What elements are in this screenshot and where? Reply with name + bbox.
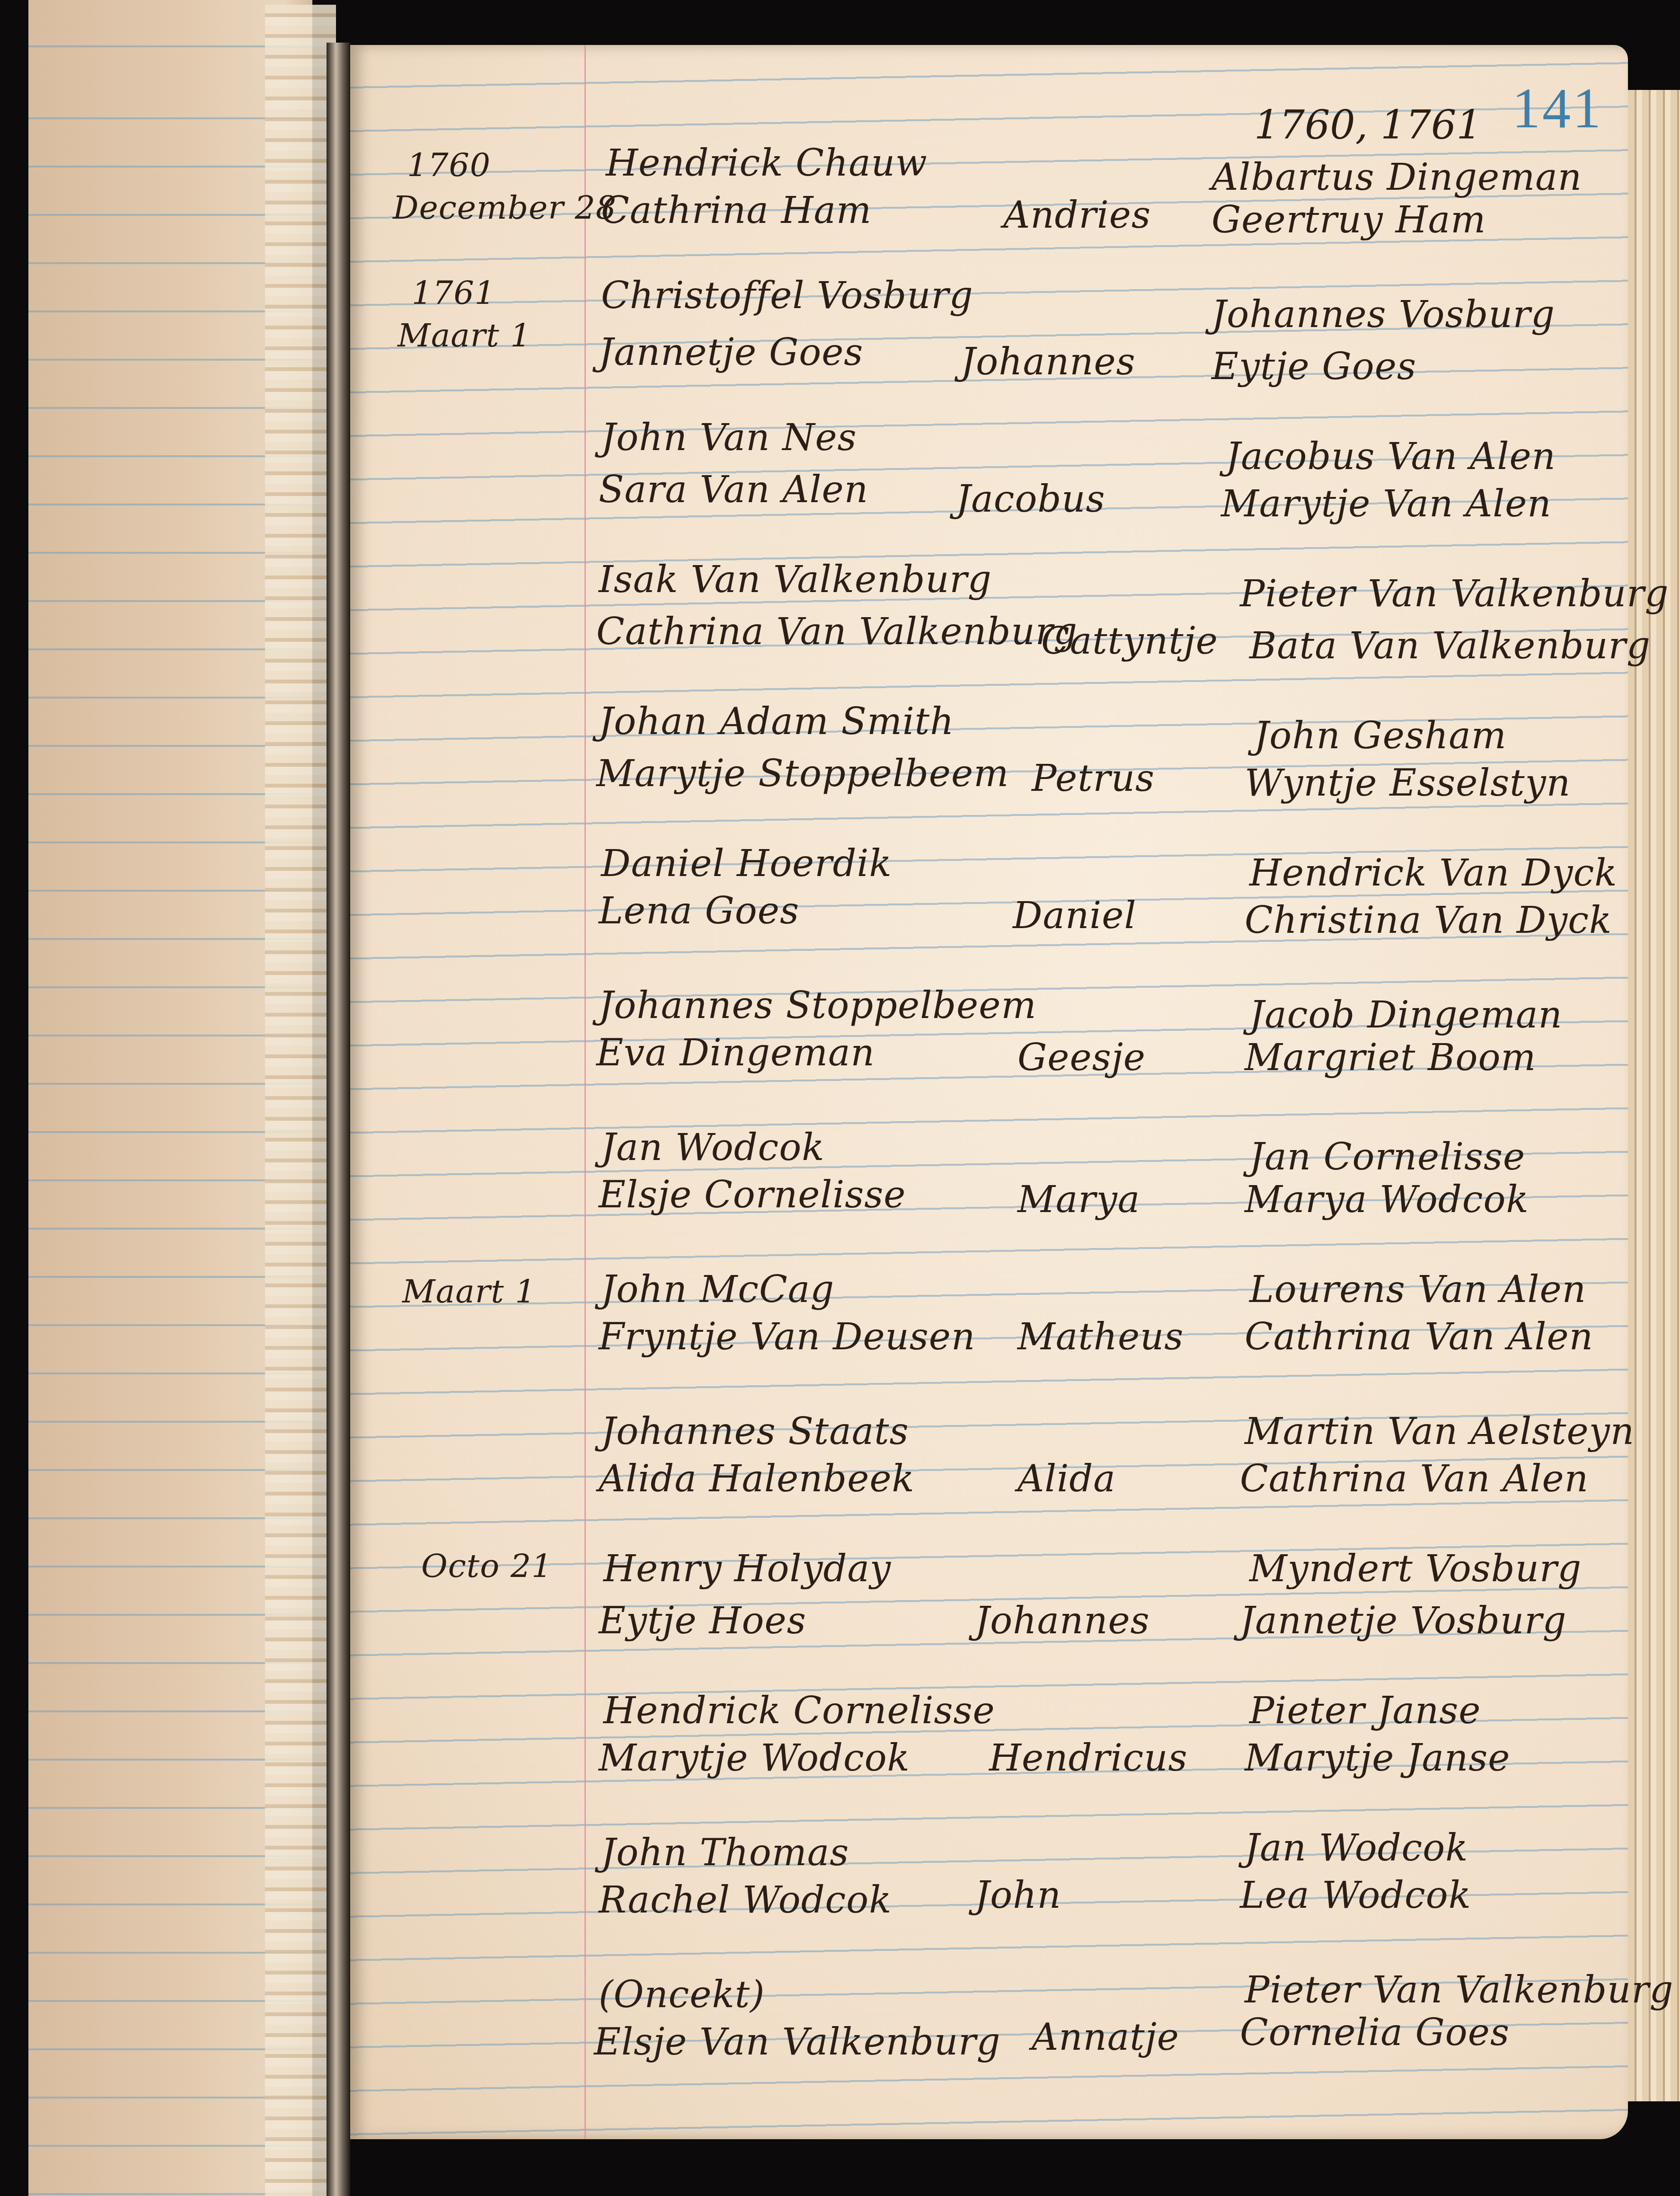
entry-mother: Eytje Hoes xyxy=(599,1600,806,1642)
entry-sponsor-2: Eytje Goes xyxy=(1211,345,1416,388)
entry-date-day: Maart 1 xyxy=(402,1273,536,1311)
entry-sponsor-1: Jacobus Van Alen xyxy=(1226,435,1556,478)
entry-sponsor-1: Jan Wodcok xyxy=(1245,1827,1468,1869)
entry-mother: Sara Van Alen xyxy=(599,469,868,511)
entry-father: Johannes Staats xyxy=(601,1410,909,1453)
page-number-stamp: 141 xyxy=(1512,76,1603,141)
entry-date-year: 1760 xyxy=(407,147,491,184)
entry-father: Hendrick Cornelisse xyxy=(603,1690,995,1732)
entry-father: Daniel Hoerdik xyxy=(601,842,892,885)
entry-father: Jan Wodcok xyxy=(601,1126,824,1169)
entry-sponsor-2: Marya Wodcok xyxy=(1245,1178,1529,1221)
entry-father: John McCag xyxy=(601,1268,834,1311)
entry-child: Cattyntje xyxy=(1041,620,1218,663)
entry-mother: Marytje Wodcok xyxy=(599,1737,910,1780)
entry-sponsor-1: Johannes Vosburg xyxy=(1211,293,1555,336)
entry-date-day: Octo 21 xyxy=(421,1548,552,1585)
entry-father: John Van Nes xyxy=(601,416,857,459)
entry-child: Annatje xyxy=(1032,2016,1179,2059)
entry-child: Alida xyxy=(1017,1458,1116,1500)
entry-mother: Marytje Stoppelbeem xyxy=(596,753,1009,795)
entry-sponsor-2: Margriet Boom xyxy=(1245,1036,1536,1079)
entry-sponsor-2: Geertruy Ham xyxy=(1211,199,1486,241)
entry-sponsor-1: Hendrick Van Dyck xyxy=(1249,852,1618,894)
entry-child: Marya xyxy=(1017,1178,1140,1221)
entry-child: Hendricus xyxy=(989,1737,1188,1780)
entry-sponsor-1: Pieter Van Valkenburg xyxy=(1245,1969,1674,2011)
entry-mother: Eva Dingeman xyxy=(596,1032,875,1074)
entry-child: Petrus xyxy=(1032,757,1155,800)
entry-child: Matheus xyxy=(1017,1316,1184,1358)
entry-sponsor-2: Wyntje Esselstyn xyxy=(1245,762,1571,805)
entry-date-year: 1761 xyxy=(412,274,495,312)
entry-father: John Thomas xyxy=(601,1832,849,1874)
entry-mother: Cathrina Van Valkenburg xyxy=(596,611,1078,653)
red-margin-line xyxy=(584,45,586,2139)
entry-mother: Cathrina Ham xyxy=(601,189,872,232)
entry-father: Henry Holyday xyxy=(603,1548,891,1590)
entry-sponsor-1: Martin Van Aelsteyn xyxy=(1245,1410,1635,1453)
book-spine xyxy=(327,43,350,2196)
year-header: 1760, 1761 xyxy=(1254,102,1482,148)
entry-sponsor-1: Pieter Van Valkenburg xyxy=(1240,573,1669,615)
entry-sponsor-2: Bata Van Valkenburg xyxy=(1249,625,1651,667)
entry-child: Johannes xyxy=(961,341,1136,383)
entry-child: Johannes xyxy=(975,1600,1150,1642)
entry-sponsor-1: Myndert Vosburg xyxy=(1249,1548,1582,1590)
entry-mother: Elsje Cornelisse xyxy=(599,1174,906,1216)
entry-sponsor-2: Lea Wodcok xyxy=(1240,1874,1471,1917)
entry-sponsor-2: Marytje Van Alen xyxy=(1221,483,1552,525)
entry-sponsor-2: Cathrina Van Alen xyxy=(1245,1316,1593,1358)
entry-sponsor-2: Marytje Janse xyxy=(1245,1737,1510,1780)
left-page-torn-edge xyxy=(265,5,336,2196)
entry-mother: Fryntje Van Deusen xyxy=(599,1316,975,1358)
entry-sponsor-1: John Gesham xyxy=(1254,715,1507,757)
entry-sponsor-1: Albartus Dingeman xyxy=(1211,156,1582,199)
entry-child: Jacobus xyxy=(956,478,1105,521)
entry-sponsor-1: Pieter Janse xyxy=(1249,1690,1481,1732)
entry-sponsor-2: Cornelia Goes xyxy=(1240,2011,1510,2054)
entry-sponsor-2: Cathrina Van Alen xyxy=(1240,1458,1589,1500)
entry-mother: Jannetje Goes xyxy=(599,331,863,374)
entry-father: Hendrick Chauw xyxy=(606,142,928,185)
entry-child: John xyxy=(975,1874,1061,1917)
entry-father-note: (Oncekt) xyxy=(599,1974,765,2016)
entry-sponsor-2: Christina Van Dyck xyxy=(1245,899,1612,942)
entry-date-day: December 28 xyxy=(393,189,617,227)
entry-father: Isak Van Valkenburg xyxy=(599,558,992,601)
entry-child: Andries xyxy=(1003,194,1151,237)
entry-sponsor-1: Jacob Dingeman xyxy=(1249,994,1563,1036)
entry-sponsor-1: Jan Cornelisse xyxy=(1249,1136,1525,1178)
page-stack-edge xyxy=(1628,90,1680,2101)
entry-date-day: Maart 1 xyxy=(398,317,531,354)
entry-sponsor-2: Jannetje Vosburg xyxy=(1240,1600,1566,1642)
entry-father: Johan Adam Smith xyxy=(599,700,954,743)
entry-child: Daniel xyxy=(1013,894,1136,937)
entry-mother: Lena Goes xyxy=(599,890,799,932)
entry-child: Geesje xyxy=(1017,1036,1146,1079)
entry-mother: Rachel Wodcok xyxy=(599,1879,892,1921)
entry-father: Christoffel Vosburg xyxy=(601,274,973,317)
entry-mother: Elsje Van Valkenburg xyxy=(594,2021,1000,2063)
entry-father: Johannes Stoppelbeem xyxy=(599,984,1036,1027)
entry-sponsor-1: Lourens Van Alen xyxy=(1249,1268,1586,1311)
entry-mother: Alida Halenbeek xyxy=(599,1458,915,1500)
